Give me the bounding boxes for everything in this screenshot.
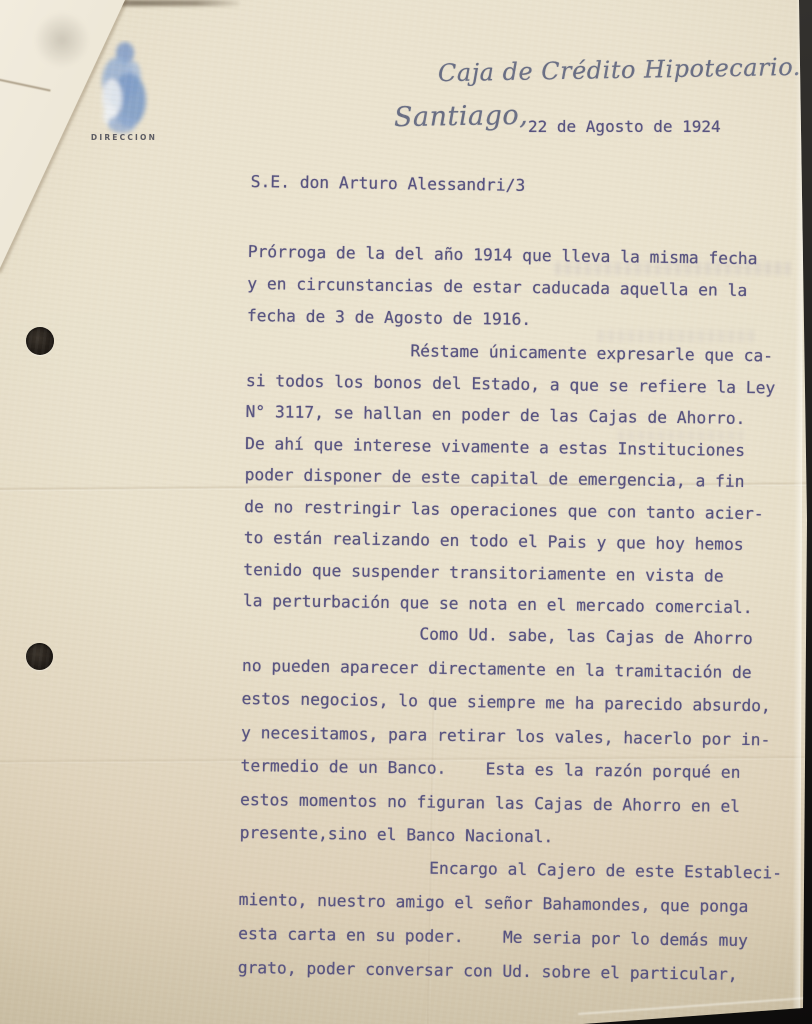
letter-body: S.E. don Arturo Alessandri/3 Prórroga de… [0,0,812,1024]
addressee-line: S.E. don Arturo Alessandri/3 [251,172,526,195]
paper-smudge [34,12,90,68]
paragraph: Encargo al Cajero de este Estableci-mien… [238,849,800,993]
paragraph: Como Ud. sabe, las Cajas de Ahorrono pue… [239,615,802,857]
paragraph: Prórroga de la del año 1914 que lleva la… [247,236,808,340]
punch-hole [26,643,53,670]
letter-page: DIRECCION Caja de Crédito Hipotecario. S… [0,0,812,1024]
paragraph: Réstame únicamente expresarle que ca-si … [243,333,807,624]
punch-hole [26,327,54,355]
letter-photo: DIRECCION Caja de Crédito Hipotecario. S… [0,0,812,1024]
letter-line: grato, poder conversar con Ud. sobre el … [238,951,798,993]
under-page-crease [0,78,51,91]
